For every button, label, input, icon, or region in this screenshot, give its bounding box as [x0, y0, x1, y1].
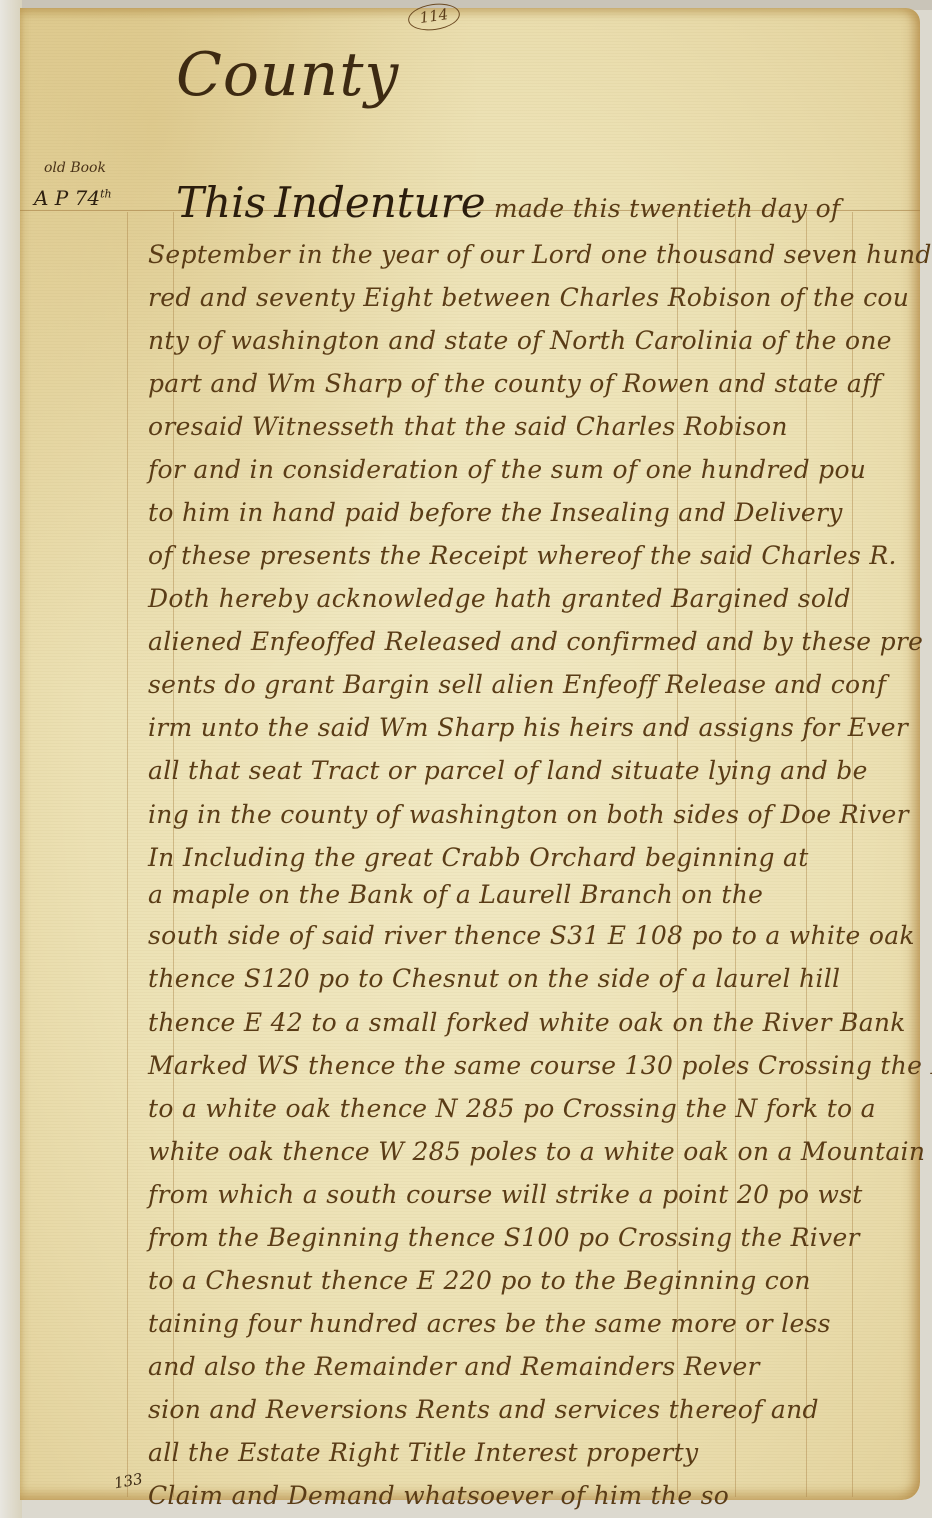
text-line: thence S120 po to Chesnut on the side of…	[148, 964, 918, 993]
text-line: sents do grant Bargin sell alien Enfeoff…	[148, 670, 918, 699]
opening-line: This Indenture made this twentieth day o…	[176, 178, 932, 227]
text-line: all that seat Tract or parcel of land si…	[148, 756, 918, 785]
margin-note-reference: A P 74th	[34, 186, 112, 210]
opening-word-indenture: Indenture	[274, 178, 485, 227]
page-heading: County	[176, 40, 399, 110]
text-line: thence E 42 to a small forked white oak …	[148, 1008, 918, 1037]
text-line: for and in consideration of the sum of o…	[148, 455, 918, 484]
text-line: nty of washington and state of North Car…	[148, 326, 918, 355]
text-line: from the Beginning thence S100 po Crossi…	[148, 1223, 918, 1252]
text-line: Marked WS thence the same course 130 pol…	[148, 1051, 918, 1080]
text-line: oresaid Witnesseth that the said Charles…	[148, 412, 918, 441]
text-line: to him in hand paid before the Insealing…	[148, 498, 918, 527]
text-line: all the Estate Right Title Interest prop…	[148, 1438, 918, 1467]
text-line: to a Chesnut thence E 220 po to the Begi…	[148, 1266, 918, 1295]
text-line: and also the Remainder and Remainders Re…	[148, 1352, 918, 1381]
margin-note-old-book: old Book	[44, 160, 106, 176]
opening-rest: made this twentieth day of	[494, 194, 841, 223]
text-line: from which a south course will strike a …	[148, 1180, 918, 1209]
text-line: In Including the great Crabb Orchard beg…	[148, 843, 918, 872]
text-line: of these presents the Receipt whereof th…	[148, 541, 918, 570]
text-line: a maple on the Bank of a Laurell Branch …	[148, 880, 918, 909]
text-line: red and seventy Eight between Charles Ro…	[148, 283, 918, 312]
scan-border-left	[0, 0, 22, 1518]
text-line: ing in the county of washington on both …	[148, 800, 918, 829]
text-line: part and Wm Sharp of the county of Rowen…	[148, 369, 918, 398]
text-line: to a white oak thence N 285 po Crossing …	[148, 1094, 918, 1123]
text-line: Doth hereby acknowledge hath granted Bar…	[148, 584, 918, 613]
text-line: sion and Reversions Rents and services t…	[148, 1395, 918, 1424]
margin-reference-text: A P 74	[34, 186, 100, 210]
text-line: white oak thence W 285 poles to a white …	[148, 1137, 918, 1166]
text-line: irm unto the said Wm Sharp his heirs and…	[148, 713, 918, 742]
opening-word-this: This	[176, 178, 266, 227]
text-line: aliened Enfeoffed Released and confirmed…	[148, 627, 918, 656]
margin-reference-suffix: th	[100, 187, 112, 200]
text-line: south side of said river thence S31 E 10…	[148, 921, 918, 950]
text-line: September in the year of our Lord one th…	[148, 240, 918, 269]
margin-rule-line	[127, 212, 128, 1497]
text-line: taining four hundred acres be the same m…	[148, 1309, 918, 1338]
text-line: Claim and Demand whatsoever of him the s…	[148, 1481, 918, 1510]
